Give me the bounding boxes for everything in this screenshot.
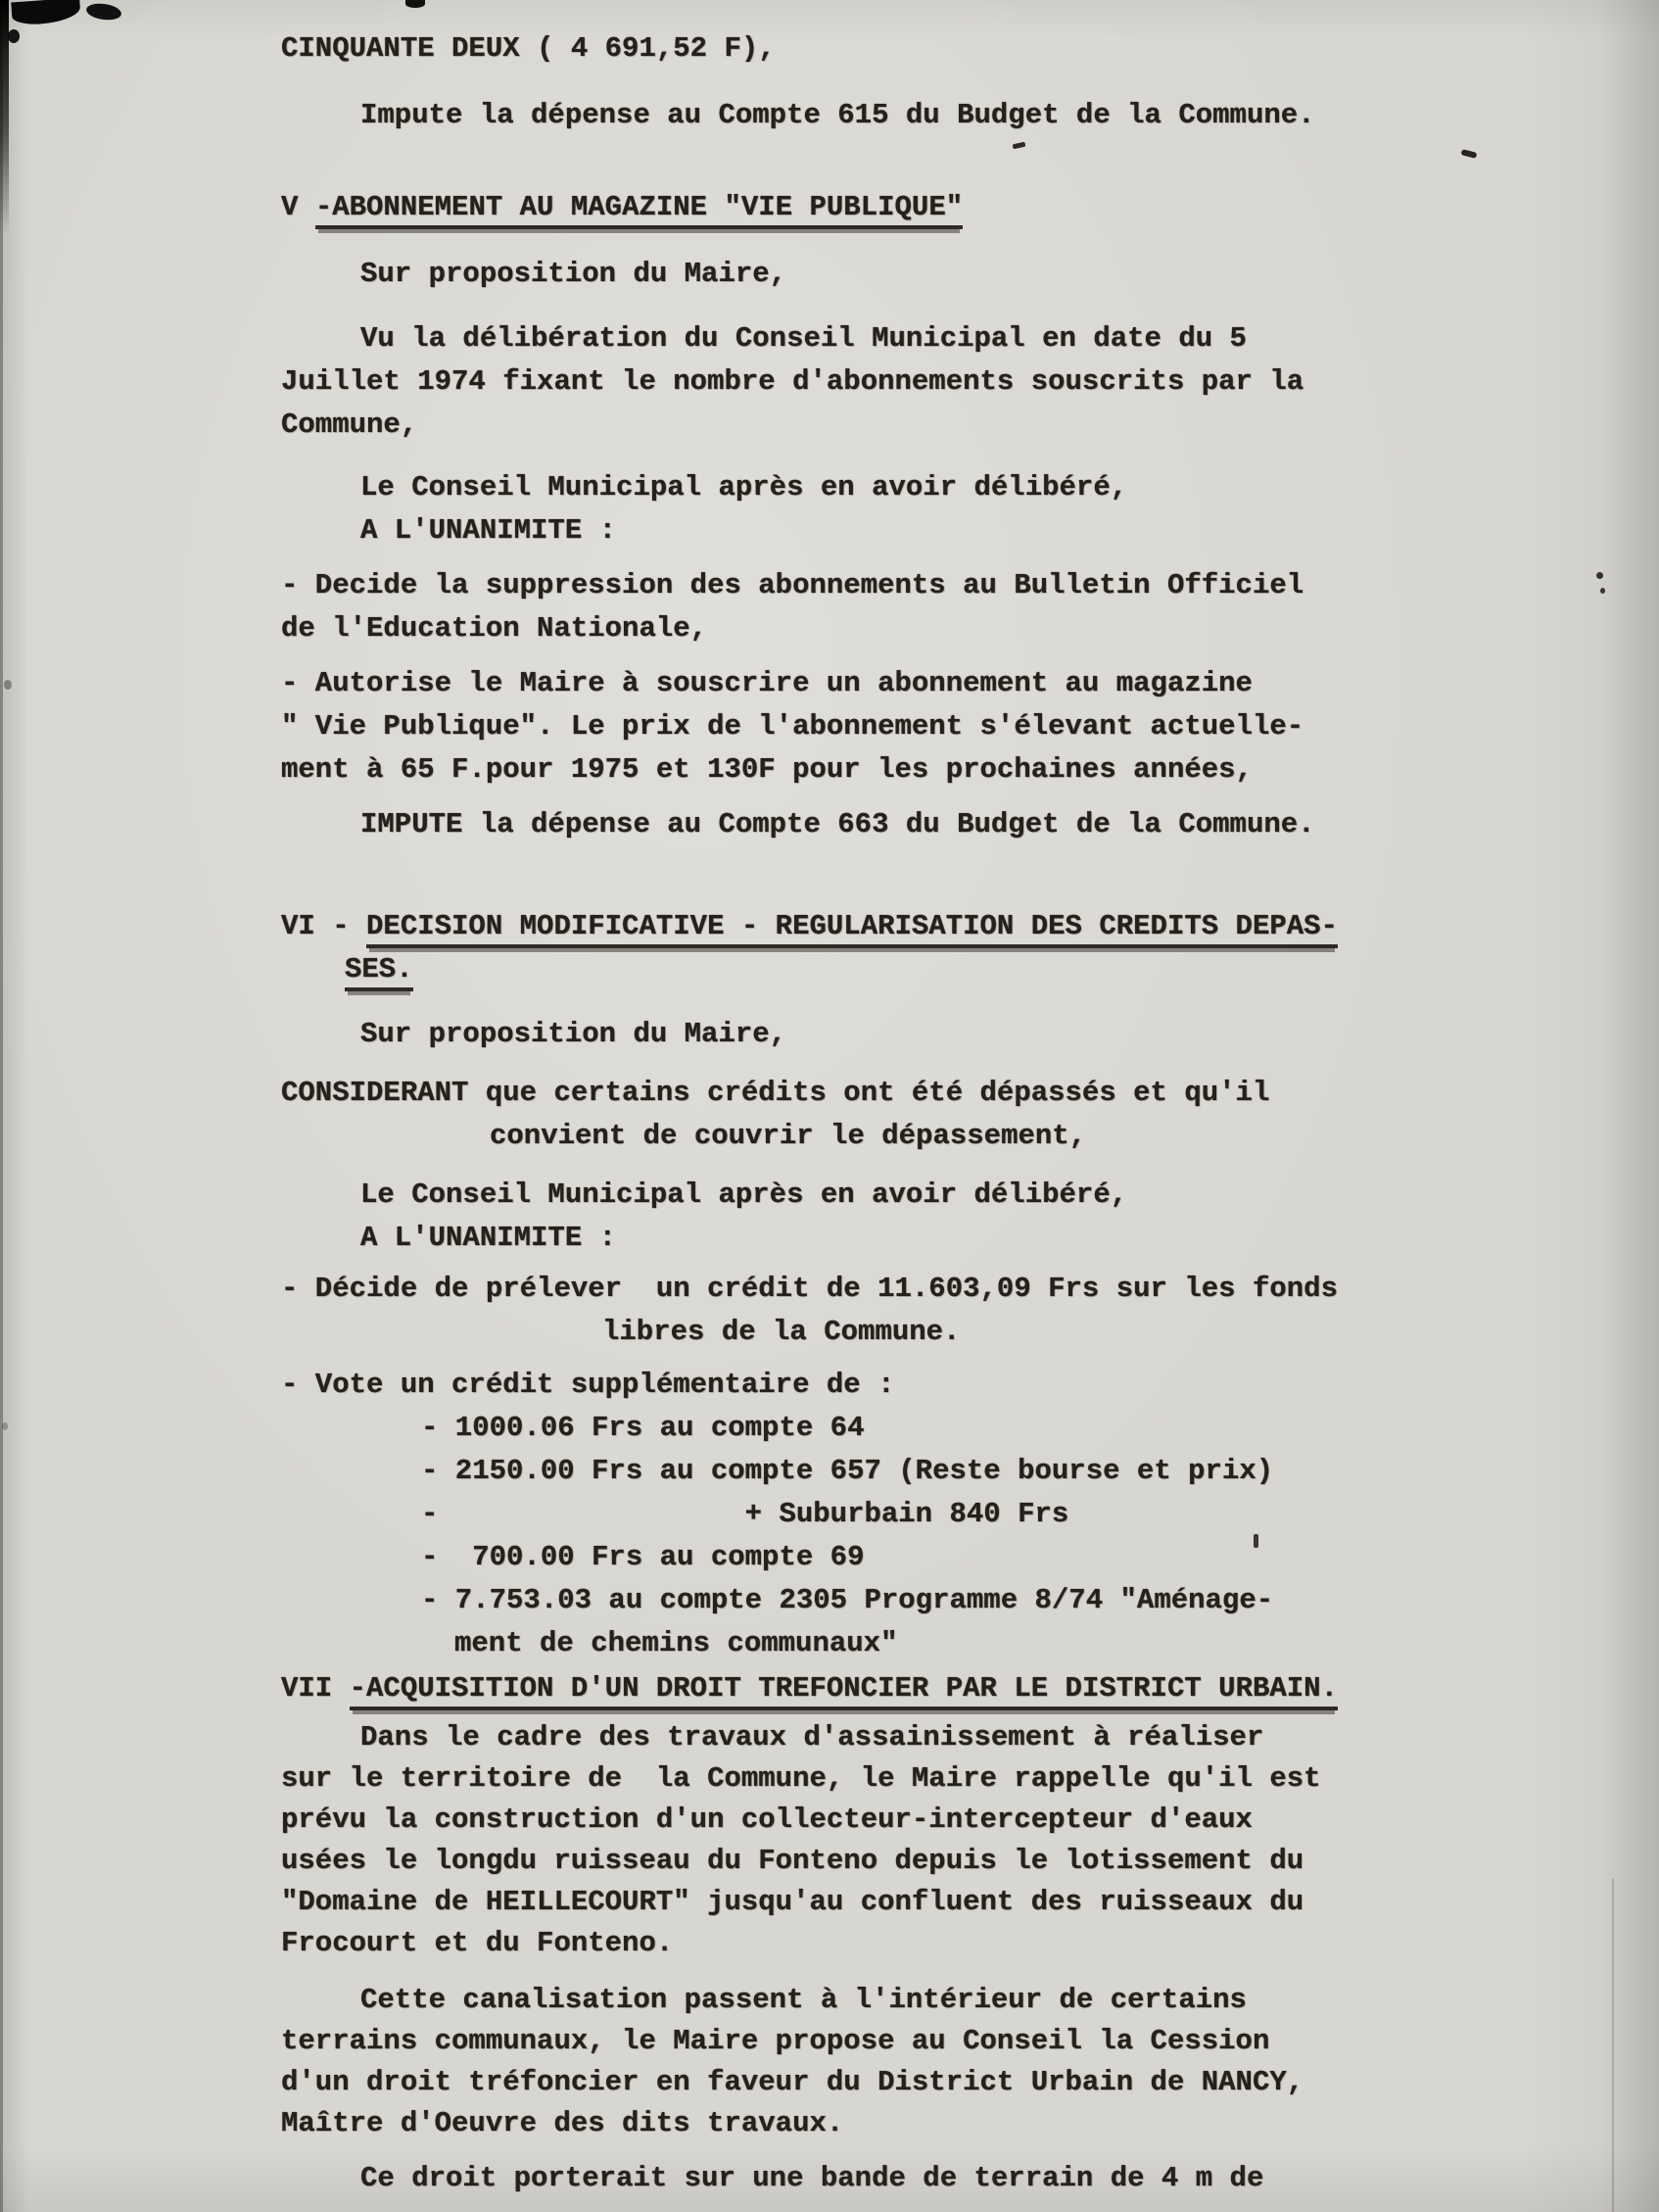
text-line: Sur proposition du Maire, (360, 1019, 786, 1050)
text-line: ment à 65 F.pour 1975 et 130F pour les p… (281, 754, 1253, 786)
line-impute-615: Impute la dépense au Compte 615 du Budge… (360, 100, 1315, 131)
text-line: " Vie Publique". Le prix de l'abonnement… (281, 711, 1303, 743)
underlined-text: -ABONNEMENT AU MAGAZINE "VIE PUBLIQUE" (315, 191, 963, 229)
text-segment: Juillet 1974 fixant le nombre d'abonneme… (281, 365, 1303, 398)
underlined-text: DECISION MODIFICATIVE - REGULARISATION D… (366, 910, 1338, 948)
line-impute-663: IMPUTE la dépense au Compte 663 du Budge… (360, 809, 1315, 841)
list-item: - 2150.00 Frs au compte 657 (Reste bours… (421, 1456, 1273, 1487)
text-line: Frocourt et du Fonteno. (281, 1928, 673, 1959)
text-segment: Maître d'Oeuvre des dits travaux. (281, 2107, 843, 2140)
text-segment: Sur proposition du Maire, (360, 258, 786, 290)
text-segment: VII (281, 1672, 350, 1705)
document-page: CINQUANTE DEUX ( 4 691,52 F),Impute la d… (0, 0, 1659, 2212)
text-segment: terrains communaux, le Maire propose au … (281, 2025, 1269, 2057)
text-segment: Commune, (281, 409, 417, 441)
section-v-heading: V -ABONNEMENT AU MAGAZINE "VIE PUBLIQUE" (281, 192, 963, 223)
text-line: CONSIDERANT que certains crédits ont été… (281, 1078, 1269, 1109)
text-line: Ce droit porterait sur une bande de terr… (360, 2163, 1263, 2194)
text-segment: - + Suburbain 840 Frs (421, 1498, 1068, 1530)
text-line: - Decide la suppression des abonnements … (281, 570, 1303, 601)
text-line: Maître d'Oeuvre des dits travaux. (281, 2108, 843, 2140)
text-segment: "Domaine de HEILLECOURT" jusqu'au conflu… (281, 1886, 1303, 1918)
text-segment: - 7.753.03 au compte 2305 Programme 8/74… (421, 1584, 1273, 1616)
text-segment: CONSIDERANT que certains crédits ont été… (281, 1077, 1269, 1109)
text-line: usées le longdu ruisseau du Fonteno depu… (281, 1846, 1303, 1877)
text-line: - Vote un crédit supplémentaire de : (281, 1370, 895, 1401)
scan-edge-left (0, 0, 3, 2212)
text-line: de l'Education Nationale, (281, 613, 707, 645)
text-segment: " Vie Publique". Le prix de l'abonnement… (281, 710, 1303, 743)
text-segment: convient de couvrir le dépassement, (490, 1120, 1086, 1152)
text-line: convient de couvrir le dépassement, (490, 1121, 1086, 1152)
text-segment: Le Conseil Municipal après en avoir déli… (360, 471, 1127, 504)
text-segment: - Autorise le Maire à souscrire un abonn… (281, 667, 1253, 699)
text-segment: Sur proposition du Maire, (360, 1018, 786, 1050)
text-segment: VI - (281, 910, 366, 942)
scan-crease (1612, 1879, 1614, 2212)
text-segment: - Vote un crédit supplémentaire de : (281, 1369, 895, 1401)
text-line: sur le territoire de la Commune, le Mair… (281, 1763, 1321, 1795)
list-item: ment de chemins communaux" (454, 1628, 897, 1659)
text-line: Sur proposition du Maire, (360, 259, 786, 290)
text-segment: ment à 65 F.pour 1975 et 130F pour les p… (281, 753, 1253, 786)
scan-artifact (85, 2, 122, 23)
text-line: Cette canalisation passent à l'intérieur… (360, 1985, 1247, 2016)
text-segment: Le Conseil Municipal après en avoir déli… (360, 1178, 1127, 1211)
scan-artifact (8, 29, 20, 43)
text-segment: - Décide de prélever un crédit de 11.603… (281, 1273, 1338, 1305)
list-item: - 700.00 Frs au compte 69 (421, 1542, 864, 1573)
line-amount-total: CINQUANTE DEUX ( 4 691,52 F), (281, 33, 776, 65)
text-line: prévu la construction d'un collecteur-in… (281, 1804, 1253, 1836)
text-segment: Ce droit porterait sur une bande de terr… (360, 2162, 1263, 2194)
text-segment: libres de la Commune. (602, 1316, 960, 1348)
scan-artifact (1600, 588, 1605, 594)
text-line: Commune, (281, 409, 417, 441)
scan-artifact (4, 680, 12, 690)
list-item: - + Suburbain 840 Frs (421, 1499, 1068, 1530)
text-segment: Dans le cadre des travaux d'assainisseme… (360, 1721, 1263, 1754)
text-segment: sur le territoire de la Commune, le Mair… (281, 1762, 1321, 1795)
text-segment: Impute la dépense au Compte 615 du Budge… (360, 99, 1315, 131)
text-line: d'un droit tréfoncier en faveur du Distr… (281, 2067, 1303, 2098)
text-line: "Domaine de HEILLECOURT" jusqu'au conflu… (281, 1887, 1303, 1918)
scan-artifact (11, 0, 81, 25)
scan-artifact (405, 0, 425, 8)
list-item: - 7.753.03 au compte 2305 Programme 8/74… (421, 1585, 1273, 1616)
text-segment: Frocourt et du Fonteno. (281, 1927, 673, 1959)
text-segment: d'un droit tréfoncier en faveur du Distr… (281, 2066, 1303, 2098)
text-segment: IMPUTE la dépense au Compte 663 du Budge… (360, 808, 1315, 841)
scan-artifact (2, 1422, 8, 1430)
text-segment: prévu la construction d'un collecteur-in… (281, 1803, 1253, 1836)
underlined-text: -ACQUISITION D'UN DROIT TREFONCIER PAR L… (350, 1672, 1338, 1710)
text-segment: ment de chemins communaux" (454, 1627, 897, 1659)
text-segment: - Decide la suppression des abonnements … (281, 569, 1303, 601)
text-line: A L'UNANIMITE : (360, 515, 616, 547)
text-line: A L'UNANIMITE : (360, 1223, 616, 1254)
list-item: - 1000.06 Frs au compte 64 (421, 1413, 864, 1444)
text-segment: - 1000.06 Frs au compte 64 (421, 1412, 864, 1444)
text-line: Juillet 1974 fixant le nombre d'abonneme… (281, 366, 1303, 398)
text-line: terrains communaux, le Maire propose au … (281, 2026, 1269, 2057)
text-line: Dans le cadre des travaux d'assainisseme… (360, 1722, 1263, 1754)
text-segment: CINQUANTE DEUX ( 4 691,52 F), (281, 32, 776, 65)
text-segment: Vu la délibération du Conseil Municipal … (360, 322, 1247, 355)
text-line: - Autorise le Maire à souscrire un abonn… (281, 668, 1253, 699)
text-segment: - 2150.00 Frs au compte 657 (Reste bours… (421, 1455, 1273, 1487)
scan-artifact (1013, 142, 1026, 150)
text-segment: A L'UNANIMITE : (360, 514, 616, 547)
text-line: Vu la délibération du Conseil Municipal … (360, 323, 1247, 355)
text-line: Le Conseil Municipal après en avoir déli… (360, 1179, 1127, 1211)
section-vii-heading: VII -ACQUISITION D'UN DROIT TREFONCIER P… (281, 1673, 1338, 1705)
text-segment: de l'Education Nationale, (281, 612, 707, 645)
text-segment: A L'UNANIMITE : (360, 1222, 616, 1254)
text-segment: Cette canalisation passent à l'intérieur… (360, 1984, 1247, 2016)
text-line: Le Conseil Municipal après en avoir déli… (360, 472, 1127, 504)
scan-artifact (1254, 1534, 1258, 1548)
underlined-text: SES. (345, 953, 413, 991)
section-vi-heading-cont: SES. (345, 954, 413, 986)
text-segment: usées le longdu ruisseau du Fonteno depu… (281, 1845, 1303, 1877)
section-vi-heading: VI - DECISION MODIFICATIVE - REGULARISAT… (281, 911, 1338, 942)
text-line: - Décide de prélever un crédit de 11.603… (281, 1274, 1338, 1305)
text-segment: V (281, 191, 315, 223)
text-line: libres de la Commune. (602, 1317, 960, 1348)
scan-artifact (1596, 572, 1603, 579)
scan-artifact (1461, 149, 1478, 159)
text-segment: - 700.00 Frs au compte 69 (421, 1541, 864, 1573)
